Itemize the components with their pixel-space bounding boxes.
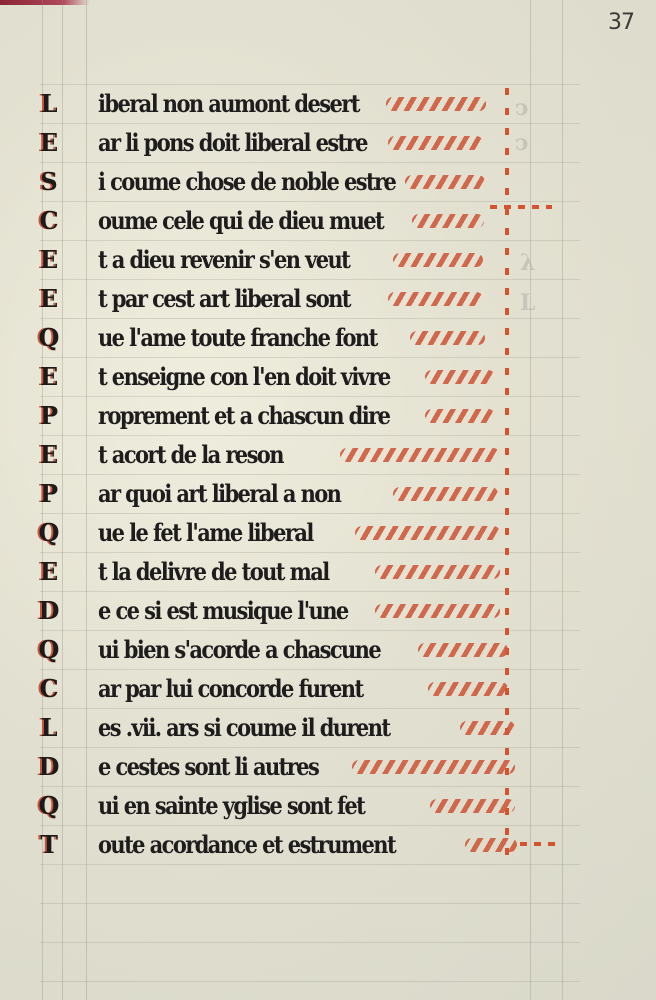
verse-text: ar par lui concorde furent [98,674,363,703]
verse-text: e ce si est musique l'une [98,596,348,625]
rubricated-initial: C [34,674,64,703]
verse-line: T oute acordance et estrument [34,825,594,864]
verse-line: E t a dieu revenir s'en veut [34,240,594,279]
line-filler [375,604,500,618]
verse-text: t enseigne con l'en doit vivre [98,362,390,391]
verse-text: oume cele qui de dieu muet [98,206,383,235]
rubricated-initial: Q [34,518,64,547]
verse-text: t acort de la reson [98,440,283,469]
rubricated-initial: D [34,752,64,781]
rubricated-initial: E [34,284,64,313]
verse-block: L iberal non aumont desert E ar li pons … [34,84,594,864]
verse-line: Q ui en sainte yglise sont fet [34,786,594,825]
folio-number: 37 [608,10,634,35]
line-filler [425,370,495,384]
line-filler [340,448,500,462]
line-filler [412,214,484,228]
rubricated-initial: Q [34,791,64,820]
verse-text: ui bien s'acorde a chascune [98,635,380,664]
rubricated-initial: E [34,128,64,157]
verse-text: i coume chose de noble estre [98,167,395,196]
verse-line: D e ce si est musique l'une [34,591,594,630]
rubricated-initial: E [34,440,64,469]
line-filler [428,682,508,696]
verse-line: C oume cele qui de dieu muet [34,201,594,240]
rubricated-initial: E [34,362,64,391]
verse-line: D e cestes sont li autres [34,747,594,786]
line-filler [388,136,483,150]
verse-text: es .vii. ars si coume il durent [98,713,389,742]
line-filler [355,526,500,540]
rubricated-initial: L [34,89,64,118]
verse-line: E ar li pons doit liberal estre [34,123,594,162]
verse-line: P ar quoi art liberal a non [34,474,594,513]
line-filler [393,487,498,501]
rubricated-initial: P [34,479,64,508]
verse-line: E t la delivre de tout mal [34,552,594,591]
line-filler [375,565,500,579]
rubricated-initial: T [34,830,64,859]
verse-line: E t acort de la reson [34,435,594,474]
verse-line: L es .vii. ars si coume il durent [34,708,594,747]
line-filler [386,97,486,111]
line-filler [460,721,515,735]
verse-text: ar li pons doit liberal estre [98,128,367,157]
rubricated-initial: P [34,401,64,430]
rubricated-initial: L [34,713,64,742]
verse-line: Q ue le fet l'ame liberal [34,513,594,552]
binding-edge [0,0,90,5]
verse-text: ui en sainte yglise sont fet [98,791,364,820]
verse-line: Q ui bien s'acorde a chascune [34,630,594,669]
ruling-line [40,864,580,865]
line-filler [430,799,515,813]
verse-text: roprement et a chascun dire [98,401,389,430]
line-filler [465,838,517,852]
line-filler [388,292,483,306]
verse-line: Q ue l'ame toute franche font [34,318,594,357]
verse-line: P roprement et a chascun dire [34,396,594,435]
line-filler [418,643,508,657]
verse-line: C ar par lui concorde furent [34,669,594,708]
verse-text: ue l'ame toute franche font [98,323,377,352]
line-filler [352,760,515,774]
rubricated-initial: E [34,557,64,586]
verse-text: e cestes sont li autres [98,752,318,781]
verse-line: S i coume chose de noble estre [34,162,594,201]
line-filler [405,175,485,189]
verse-text: ue le fet l'ame liberal [98,518,313,547]
line-filler [393,253,483,267]
verse-line: L iberal non aumont desert [34,84,594,123]
rubricated-initial: Q [34,635,64,664]
verse-text: oute acordance et estrument [98,830,395,859]
rubricated-initial: S [34,167,64,196]
rubricated-initial: E [34,245,64,274]
line-filler [410,331,485,345]
verse-text: t la delivre de tout mal [98,557,329,586]
ruling-line [40,981,580,982]
rubricated-initial: C [34,206,64,235]
rubricated-initial: D [34,596,64,625]
line-filler [425,409,495,423]
verse-text: iberal non aumont desert [98,89,359,118]
verse-line: E t par cest art liberal sont [34,279,594,318]
verse-line: E t enseigne con l'en doit vivre [34,357,594,396]
verse-text: t a dieu revenir s'en veut [98,245,349,274]
manuscript-page: 37 ↄ ↄ λ L L iberal non aumont desert E … [0,0,656,1000]
verse-text: ar quoi art liberal a non [98,479,340,508]
rubricated-initial: Q [34,323,64,352]
ruling-line [40,942,580,943]
ruling-line [40,903,580,904]
verse-text: t par cest art liberal sont [98,284,350,313]
